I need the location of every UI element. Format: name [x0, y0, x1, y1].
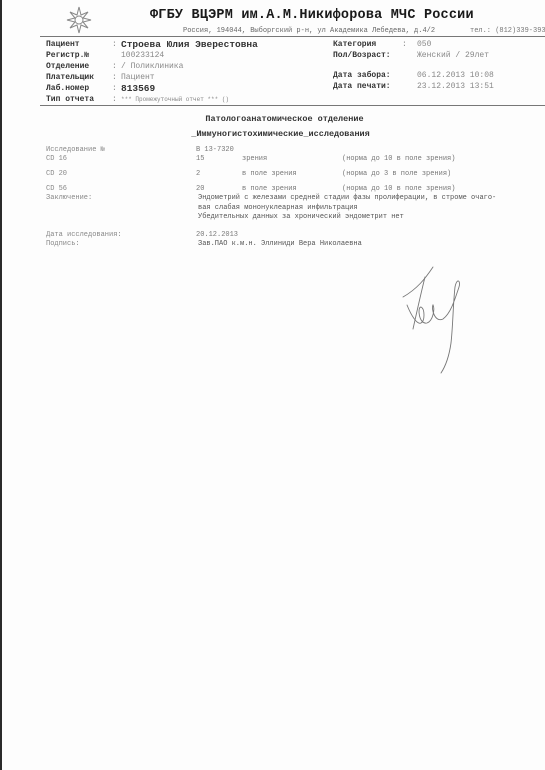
study-date-label: Дата исследования: [46, 231, 122, 239]
marker-cd20: CD 20 [46, 170, 67, 178]
value-cd16: 15 [196, 155, 204, 163]
conclusion-line: Убедительных данных за хронический эндом… [198, 213, 404, 223]
signature-label: Подпись: [46, 240, 80, 248]
report-type-value: *** Промежуточный отчет *** () [121, 96, 229, 103]
marker-cd16: CD 16 [46, 155, 67, 163]
payer-label: Плательщик [46, 73, 94, 82]
institution-address: Россия, 194044, Выборгский р-н, ул Акаде… [183, 27, 435, 35]
marker-cd56: CD 56 [46, 185, 67, 193]
unit-cd16: зрения [242, 155, 267, 163]
register-label: Регистр.№ [46, 51, 89, 60]
study-number-label: Исследование № [46, 146, 105, 154]
institution-title: ФГБУ ВЦЭРМ им.А.М.Никифорова МЧС России [150, 8, 474, 23]
colon: : [112, 95, 117, 104]
colon: : [112, 40, 117, 49]
emercom-star-icon [66, 6, 92, 34]
signer-name: Зав.ПАО к.м.н. Эллиниди Вера Николаевна [198, 240, 362, 248]
norm-cd16: (норма до 10 в поле зрения) [342, 155, 455, 163]
lab-number-value: 813569 [121, 83, 155, 94]
payer-value: Пациент [121, 73, 155, 82]
sex-age-label: Пол/Возраст: [333, 51, 391, 60]
sex-age-value: Женский / 29лет [417, 51, 489, 60]
department-value: / Поликлиника [121, 62, 183, 71]
colon: : [112, 62, 117, 71]
conclusion-label: Заключение: [46, 194, 92, 202]
print-date-value: 23.12.2013 13:51 [417, 82, 494, 91]
norm-cd20: (норма до 3 в поле зрения) [342, 170, 451, 178]
header-divider [40, 36, 545, 37]
conclusion-line: вая слабая мононуклеарная инфильтрация [198, 204, 358, 214]
department-label: Отделение [46, 62, 89, 71]
report-type-label: Тип отчета [46, 95, 94, 104]
colon: : [112, 84, 117, 93]
value-cd56: 20 [196, 185, 204, 193]
patient-label: Пациент [46, 40, 80, 49]
norm-cd56: (норма до 10 в поле зрения) [342, 185, 455, 193]
unit-cd20: в поле зрения [242, 170, 297, 178]
value-cd20: 2 [196, 170, 200, 178]
conclusion-line: Эндометрий с железами средней стадии фаз… [198, 194, 496, 204]
institution-phone: тел.: (812)339-3939 [470, 27, 545, 35]
category-value: 050 [417, 40, 431, 49]
colon: : [402, 40, 407, 49]
register-value: 100233124 [121, 51, 164, 60]
lab-number-label: Лаб.номер [46, 84, 89, 93]
patient-divider [40, 105, 545, 106]
handwritten-signature [395, 265, 505, 375]
print-date-label: Дата печати: [333, 82, 391, 91]
unit-cd56: в поле зрения [242, 185, 297, 193]
study-date-value: 20.12.2013 [196, 231, 238, 239]
study-type-heading: _Иммуногистохимические_исследования [0, 129, 545, 139]
study-number-value: В 13-7320 [196, 146, 234, 154]
department-heading: Патологоанатомическое отделение [0, 114, 545, 124]
category-label: Категория [333, 40, 376, 49]
collect-date-value: 06.12.2013 10:08 [417, 71, 494, 80]
colon: : [112, 73, 117, 82]
collect-date-label: Дата забора: [333, 71, 391, 80]
patient-name: Строева Юлия Эверестовна [121, 39, 258, 50]
